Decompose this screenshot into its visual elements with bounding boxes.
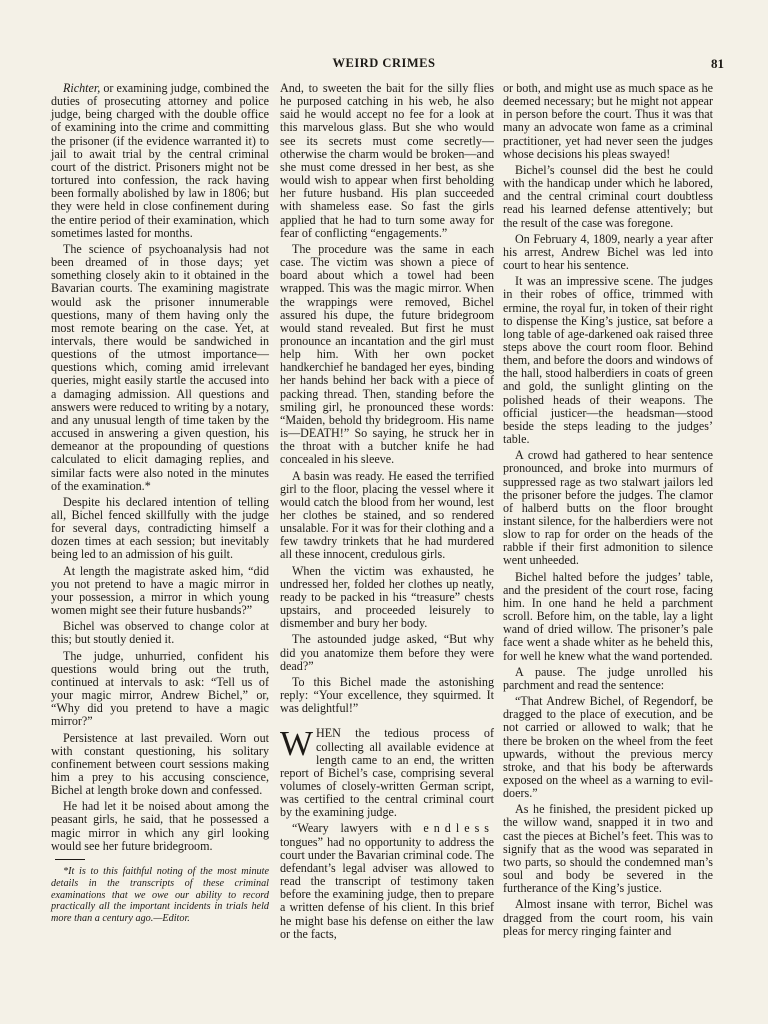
lead-in: HEN <box>316 726 341 740</box>
paragraph: Bichel was observed to change color at t… <box>51 620 269 646</box>
paragraph: The judge, unhurried, confident his ques… <box>51 650 269 729</box>
magazine-page: WEIRD CRIMES 81 Richter, or examining ju… <box>0 0 768 1024</box>
letterspaced-word: endless <box>423 821 494 835</box>
paragraph: Persistence at last prevailed. Worn out … <box>51 732 269 798</box>
running-head: WEIRD CRIMES 81 <box>0 54 768 74</box>
paragraph: Bichel halted before the judges’ table, … <box>503 571 713 663</box>
paragraph: Despite his declared intention of tellin… <box>51 496 269 562</box>
column-1: Richter, or examining judge, combined th… <box>51 82 269 928</box>
paragraph: It was an impressive scene. The judges i… <box>503 275 713 446</box>
paragraph: A crowd had gathered to hear sentence pr… <box>503 449 713 567</box>
paragraph: And, to sweeten the bait for the silly f… <box>280 82 494 240</box>
paragraph: To this Bichel made the astonishing repl… <box>280 676 494 715</box>
paragraph: Almost insane with terror, Bichel was dr… <box>503 898 713 937</box>
paragraph: Bichel’s counsel did the best he could w… <box>503 164 713 230</box>
paragraph: On February 4, 1809, nearly a year after… <box>503 233 713 272</box>
paragraph: “Weary lawyers with endless tongues” had… <box>280 822 494 940</box>
footnote: *It is to this faithful noting of the mo… <box>51 866 269 925</box>
running-title: WEIRD CRIMES <box>0 56 768 71</box>
page-number: 81 <box>711 56 724 72</box>
paragraph: A pause. The judge unrolled his parchmen… <box>503 666 713 692</box>
column-2: And, to sweeten the bait for the silly f… <box>280 82 494 944</box>
footnote-divider <box>55 859 85 860</box>
paragraph: The procedure was the same in each case.… <box>280 243 494 467</box>
paragraph: A basin was ready. He eased the terrifie… <box>280 470 494 562</box>
column-3: or both, and might use as much space as … <box>503 82 713 941</box>
paragraph: “That Andrew Bichel, of Regendorf, be dr… <box>503 695 713 800</box>
lead-italic-term: Richter, <box>63 81 100 95</box>
drop-cap: W <box>280 728 316 758</box>
paragraph: At length the magistrate asked him, “did… <box>51 565 269 618</box>
paragraph: Richter, or examining judge, combined th… <box>51 82 269 240</box>
paragraph: The astounded judge asked, “But why did … <box>280 633 494 672</box>
paragraph: As he finished, the president picked up … <box>503 803 713 895</box>
paragraph: When the victim was exhausted, he undres… <box>280 565 494 631</box>
paragraph: The science of psychoanalysis had not be… <box>51 243 269 493</box>
paragraph: He had let it be noised about among the … <box>51 800 269 853</box>
paragraph: or both, and might use as much space as … <box>503 82 713 161</box>
dropcap-paragraph: WHEN the tedious process of collecting a… <box>280 727 494 819</box>
